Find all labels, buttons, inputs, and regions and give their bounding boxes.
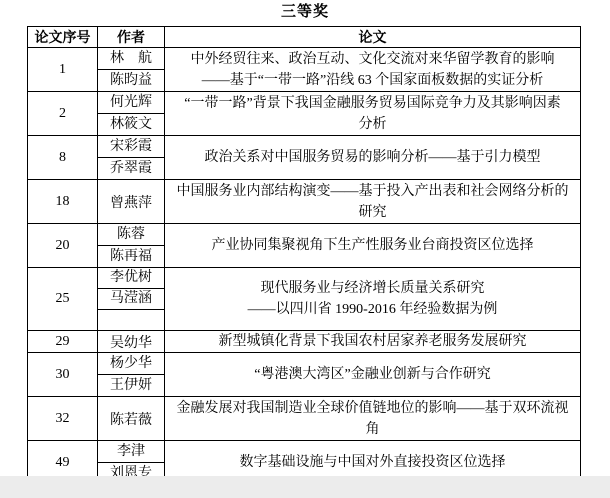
author-cell: 陈再福 [98,246,165,268]
paper-title-line: “一带一路”背景下我国金融服务贸易国际竞争力及其影响因素 [165,93,580,114]
paper-id-cell: 8 [28,136,98,180]
author-cell: 乔翠霞 [98,158,165,180]
paper-title-line: 研究 [165,202,580,223]
paper-title-line: 分析 [165,114,580,135]
paper-title-line: 政治关系对中国服务贸易的影响分析——基于引力模型 [165,147,580,168]
paper-id-cell: 1 [28,48,98,92]
table-row: 8 宋彩霞 政治关系对中国服务贸易的影响分析——基于引力模型 [28,136,581,158]
table-row: 25 李优树 现代服务业与经济增长质量关系研究 ——以四川省 1990-2016… [28,268,581,289]
table-row: 20 陈蓉 产业协同集聚视角下生产性服务业台商投资区位选择 [28,224,581,246]
table-row: 29 吴幼华 新型城镇化背景下我国农村居家养老服务发展研究 [28,331,581,353]
paper-title-cell: 政治关系对中国服务贸易的影响分析——基于引力模型 [165,136,581,180]
paper-title-line: 产业协同集聚视角下生产性服务业台商投资区位选择 [165,235,580,256]
author-cell: 吴幼华 [98,331,165,353]
paper-title-line: ——以四川省 1990-2016 年经验数据为例 [165,299,580,320]
author-cell: 杨少华 [98,353,165,375]
paper-id-cell: 20 [28,224,98,268]
paper-title-cell: 中国服务业内部结构演变——基于投入产出表和社会网络分析的 研究 [165,180,581,224]
paper-id-cell: 2 [28,92,98,136]
author-cell: 李优树 [98,268,165,289]
awards-table: 论文序号 作者 论文 1 林 航 中外经贸往来、政治互动、文化交流对来华留学教育… [27,26,581,485]
table-row: 30 杨少华 “粤港澳大湾区”金融业创新与合作研究 [28,353,581,375]
paper-title-cell: 产业协同集聚视角下生产性服务业台商投资区位选择 [165,224,581,268]
paper-title-cell: “粤港澳大湾区”金融业创新与合作研究 [165,353,581,397]
table-row: 32 陈若薇 金融发展对我国制造业全球价值链地位的影响——基于双环流视 角 [28,397,581,441]
paper-title-line: 新型城镇化背景下我国农村居家养老服务发展研究 [165,331,580,352]
author-cell: 宋彩霞 [98,136,165,158]
paper-title-line: “粤港澳大湾区”金融业创新与合作研究 [165,364,580,385]
author-cell: 马滢涵 [98,289,165,310]
paper-title-line: 中国服务业内部结构演变——基于投入产出表和社会网络分析的 [165,181,580,202]
author-cell: 曾燕萍 [98,180,165,224]
author-cell: 李津 [98,441,165,463]
col-header-author: 作者 [98,27,165,48]
table-row: 49 李津 数字基础设施与中国对外直接投资区位选择 [28,441,581,463]
author-cell: 陈昀益 [98,70,165,92]
paper-id-cell: 18 [28,180,98,224]
author-cell: 林筱文 [98,114,165,136]
header-row: 论文序号 作者 论文 [28,27,581,48]
paper-id-cell: 30 [28,353,98,397]
paper-title-line: 数字基础设施与中国对外直接投资区位选择 [165,452,580,473]
table-row: 1 林 航 中外经贸往来、政治互动、文化交流对来华留学教育的影响 ——基于“一带… [28,48,581,70]
paper-title-cell: 中外经贸往来、政治互动、文化交流对来华留学教育的影响 ——基于“一带一路”沿线 … [165,48,581,92]
paper-title-cell: “一带一路”背景下我国金融服务贸易国际竞争力及其影响因素 分析 [165,92,581,136]
paper-id-cell: 32 [28,397,98,441]
prize-title: 三等奖 [0,0,610,24]
table-row: 18 曾燕萍 中国服务业内部结构演变——基于投入产出表和社会网络分析的 研究 [28,180,581,224]
author-cell: 王伊妍 [98,375,165,397]
paper-title-cell: 金融发展对我国制造业全球价值链地位的影响——基于双环流视 角 [165,397,581,441]
paper-title-line: 金融发展对我国制造业全球价值链地位的影响——基于双环流视 [165,398,580,419]
author-cell: 陈若薇 [98,397,165,441]
paper-title-line: 现代服务业与经济增长质量关系研究 [165,278,580,299]
col-header-paper-id: 论文序号 [28,27,98,48]
author-cell-empty [98,310,165,331]
paper-title-cell: 新型城镇化背景下我国农村居家养老服务发展研究 [165,331,581,353]
author-cell: 林 航 [98,48,165,70]
paper-title-line: 角 [165,419,580,440]
paper-title-line: 中外经贸往来、政治互动、文化交流对来华留学教育的影响 [165,49,580,70]
col-header-paper: 论文 [165,27,581,48]
paper-title-cell: 现代服务业与经济增长质量关系研究 ——以四川省 1990-2016 年经验数据为… [165,268,581,331]
window-background-strip [0,476,610,498]
paper-title-line: ——基于“一带一路”沿线 63 个国家面板数据的实证分析 [165,70,580,91]
author-cell: 何光辉 [98,92,165,114]
author-cell: 陈蓉 [98,224,165,246]
paper-id-cell: 25 [28,268,98,331]
table-row: 2 何光辉 “一带一路”背景下我国金融服务贸易国际竞争力及其影响因素 分析 [28,92,581,114]
paper-id-cell: 29 [28,331,98,353]
